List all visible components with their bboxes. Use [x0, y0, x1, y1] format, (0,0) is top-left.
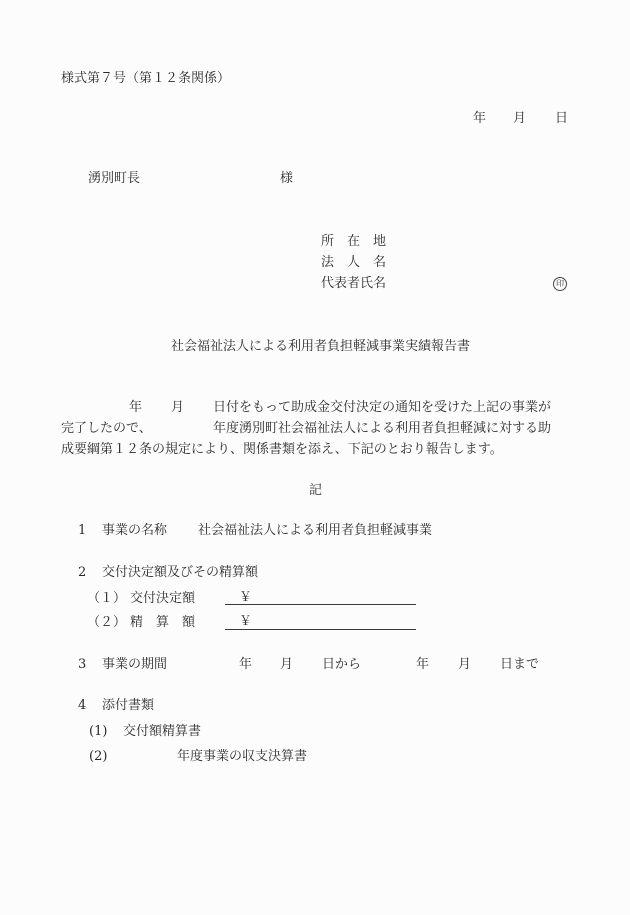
item3-number: 3 [78, 657, 86, 673]
item4-sub2-label: 年度事業の収支決算書 [177, 749, 307, 765]
item4-sub1-number: (1) [89, 724, 107, 740]
item2-sub2-number: （２） [87, 615, 126, 631]
item4-sub2-number: (2) [89, 749, 107, 765]
date-month-label: 月 [513, 111, 526, 127]
period-to-day: 日まで [500, 657, 539, 673]
body-line2-start: 完了したので、 [61, 421, 152, 437]
decision-amount-field[interactable] [225, 604, 416, 605]
item2-sub2-label: 精 算 額 [130, 615, 195, 631]
document-title: 社会福祉法人による利用者負担軽減事業実績報告書 [171, 339, 470, 355]
item4-label: 添付書類 [102, 698, 154, 714]
period-from-year: 年 [239, 657, 252, 673]
settlement-amount-field[interactable] [225, 629, 416, 630]
period-to-year: 年 [416, 657, 429, 673]
item3-label: 事業の期間 [102, 657, 167, 673]
date-year-label: 年 [473, 111, 486, 127]
rep-name-label: 代表者氏名 [321, 276, 386, 292]
item2-sub1-number: （１） [87, 591, 126, 607]
body-line3: 成要綱第１２条の規定により、関係書類を添え、下記のとおり報告します。 [61, 442, 503, 458]
corp-name-label: 法 人 名 [321, 255, 386, 271]
body-line1-year: 年 [129, 400, 142, 416]
item4-sub1-label: 交付額精算書 [123, 724, 201, 740]
ki-heading: 記 [309, 483, 322, 499]
period-from-month: 月 [280, 657, 293, 673]
date-day-label: 日 [555, 111, 568, 127]
item1-value: 社会福祉法人による利用者負担軽減事業 [198, 523, 432, 539]
item1-number: 1 [78, 523, 86, 539]
item2-sub1-label: 交付決定額 [130, 591, 195, 607]
addressee-name: 湧別町長 [88, 171, 140, 187]
item2-number: 2 [78, 565, 86, 581]
item4-number: 4 [78, 698, 86, 714]
body-line2-rest: 年度湧別町社会福祉法人による利用者負担軽減に対する助 [213, 421, 551, 437]
body-line1-rest: 日付をもって助成金交付決定の通知を受けた上記の事業が [213, 400, 551, 416]
item2-label: 交付決定額及びその精算額 [102, 565, 258, 581]
item1-label: 事業の名称 [102, 523, 167, 539]
seal-icon: 印 [553, 277, 567, 291]
address-label: 所 在 地 [321, 234, 386, 250]
period-from-day: 日から [322, 657, 361, 673]
addressee-honorific: 様 [280, 171, 293, 187]
item2-sub2-currency: ￥ [239, 614, 252, 630]
form-number: 様式第７号（第１２条関係） [61, 71, 230, 87]
period-to-month: 月 [458, 657, 471, 673]
body-line1-month: 月 [171, 400, 184, 416]
